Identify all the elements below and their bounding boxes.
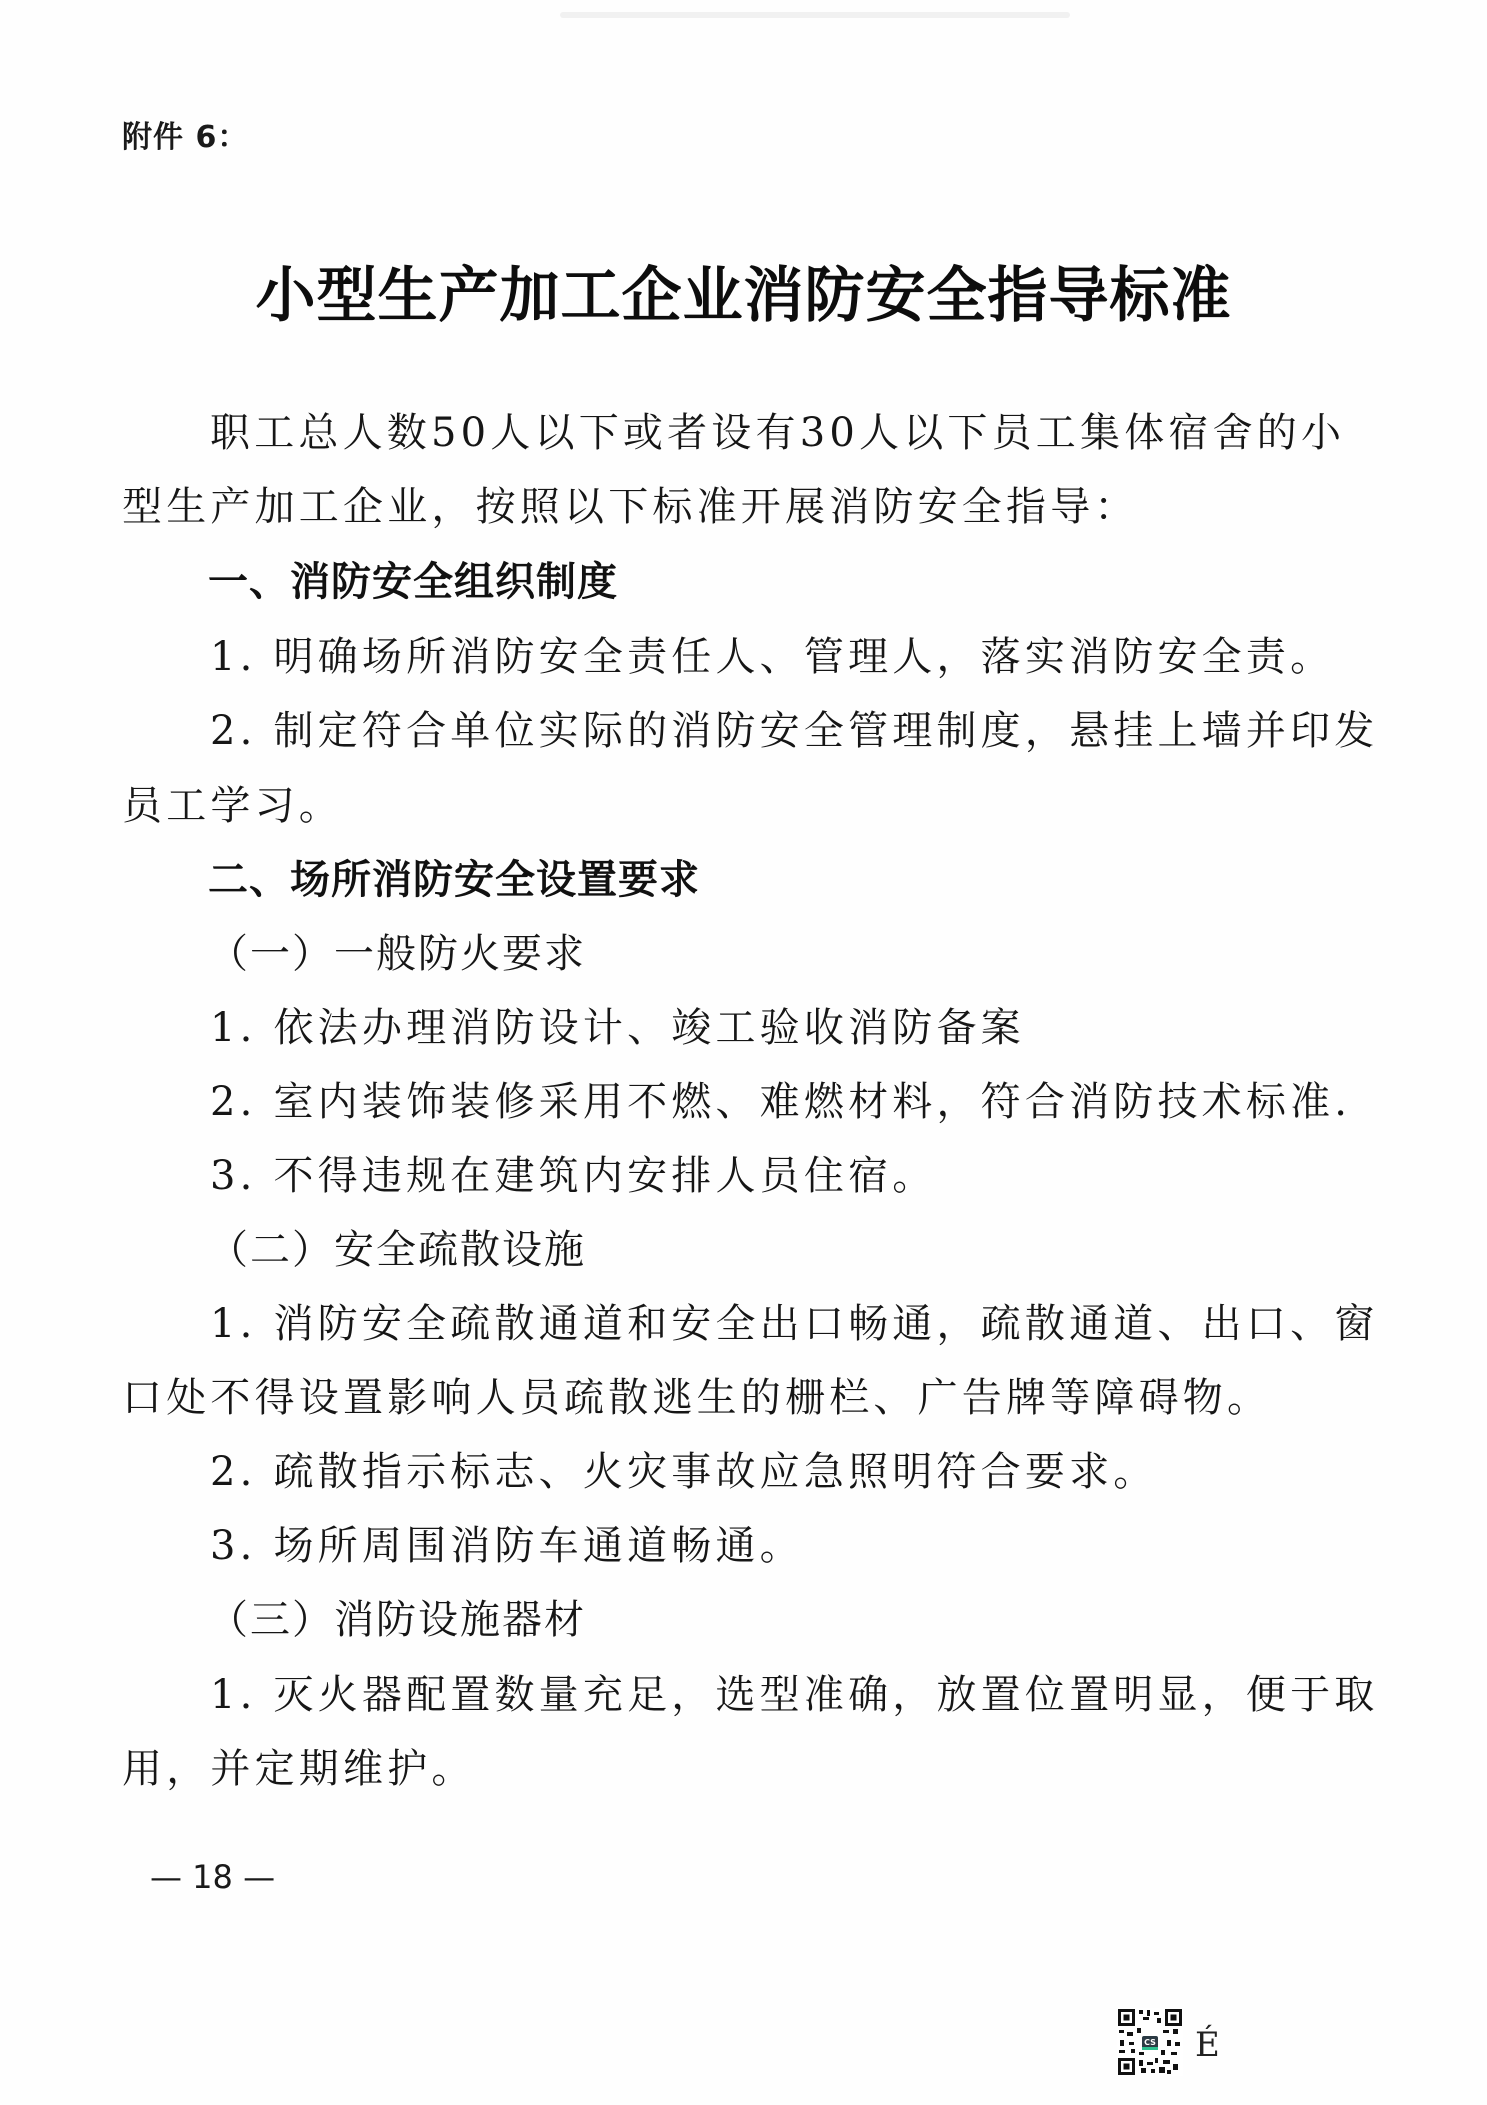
list-item: 1. 依法办理消防设计、竣工验收消防备案 xyxy=(210,1003,1425,1053)
list-item-continuation: 口处不得设置影响人员疏散逃生的栅栏、广告牌等障碍物。 xyxy=(122,1373,1337,1423)
list-item: 3. 场所周围消防车通道畅通。 xyxy=(210,1521,1425,1571)
list-item: 2. 室内装饰装修采用不燃、难燃材料，符合消防技术标准. xyxy=(210,1077,1425,1127)
section-heading: 一、消防安全组织制度 xyxy=(208,557,618,607)
scan-glyph: É xyxy=(1195,2025,1220,2065)
qr-code-icon: CS xyxy=(1117,2008,1183,2076)
list-item: 3. 不得违规在建筑内安排人员住宿。 xyxy=(210,1151,1425,1201)
attachment-label: 附件 6： xyxy=(122,112,248,156)
intro-line: 职工总人数50人以下或者设有30人以下员工集体宿舍的小 xyxy=(210,408,1425,458)
intro-line: 型生产加工企业，按照以下标准开展消防安全指导： xyxy=(122,482,1337,532)
list-item: 1. 消防安全疏散通道和安全出口畅通，疏散通道、出口、窗 xyxy=(210,1299,1425,1349)
document-page: 附件 6： 小型生产加工企业消防安全指导标准 职工总人数50人以下或者设有30人… xyxy=(0,0,1487,2105)
scan-artifact xyxy=(560,12,1070,18)
list-item: 1. 灭火器配置数量充足，选型准确，放置位置明显，便于取 xyxy=(210,1670,1425,1720)
list-item-continuation: 员工学习。 xyxy=(122,781,1337,831)
page-number: — 18 — xyxy=(150,1858,275,1896)
list-item: 2. 疏散指示标志、火灾事故应急照明符合要求。 xyxy=(210,1447,1425,1497)
list-item-continuation: 用，并定期维护。 xyxy=(122,1744,1337,1794)
subsection-heading: （二）安全疏散设施 xyxy=(208,1225,1423,1275)
svg-text:CS: CS xyxy=(1144,2038,1156,2047)
list-item: 2. 制定符合单位实际的消防安全管理制度，悬挂上墙并印发 xyxy=(210,706,1425,756)
subsection-heading: （三）消防设施器材 xyxy=(208,1595,1423,1645)
list-item: 1. 明确场所消防安全责任人、管理人，落实消防安全责。 xyxy=(210,632,1425,682)
section-heading: 二、场所消防安全设置要求 xyxy=(208,855,700,905)
subsection-heading: （一）一般防火要求 xyxy=(208,929,1423,979)
document-title: 小型生产加工企业消防安全指导标准 xyxy=(0,248,1487,334)
